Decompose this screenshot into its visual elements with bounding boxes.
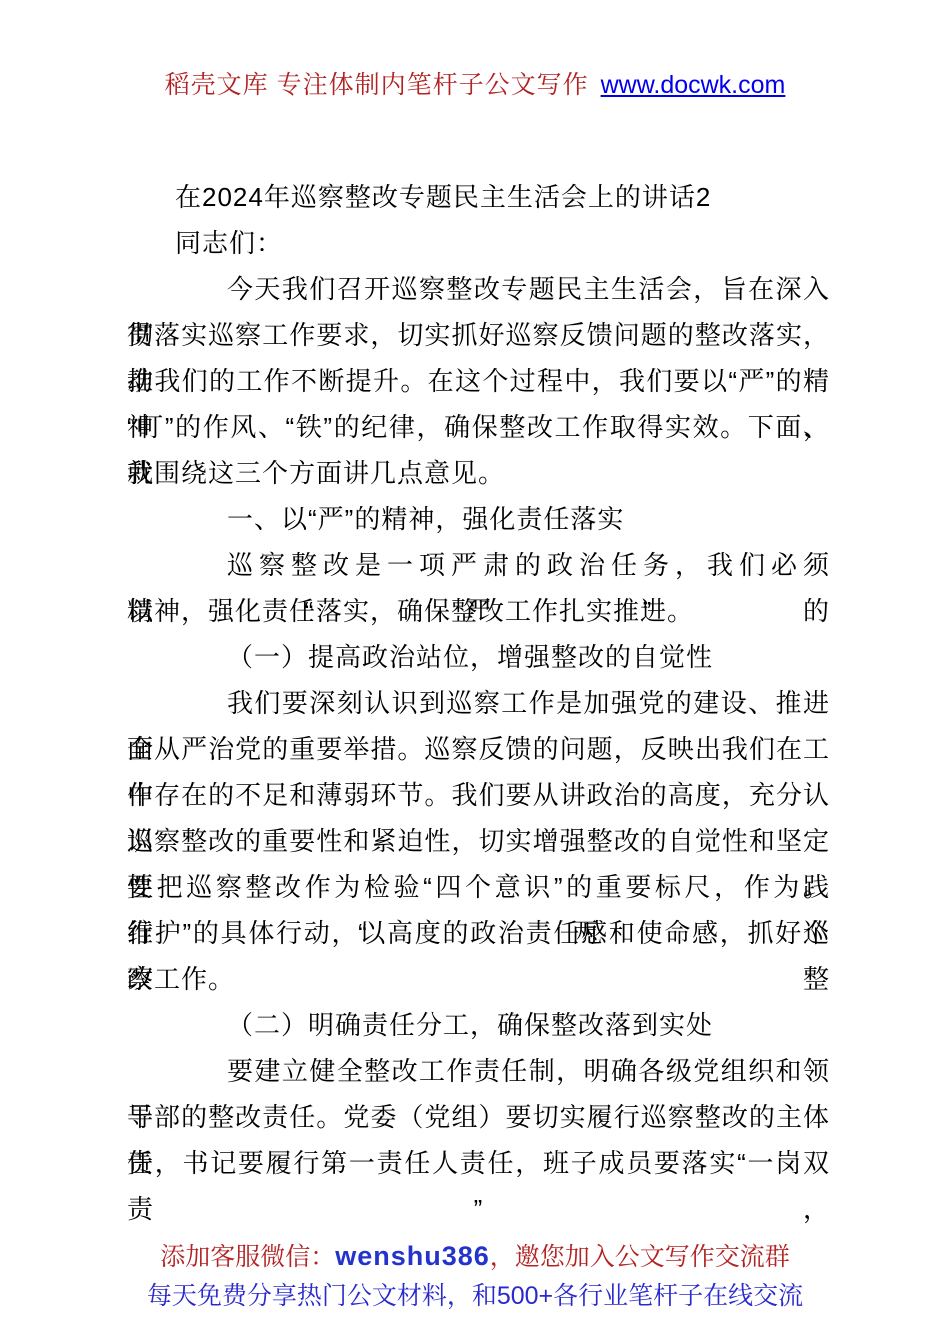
text-line: 任，书记要履行第一责任人责任，班子成员要落实“一岗双责”， [127, 1140, 830, 1186]
text-line: 面从严治党的重要举措。巡察反馈的问题，反映出我们在工作 [127, 726, 830, 772]
text-line: 要把巡察整改作为检验“四个意识”的重要标尺，作为践行“两个 [127, 864, 830, 910]
site-brand-text: 稻壳文库 专注体制内笔杆子公文写作 [165, 71, 589, 99]
text-line: “盯”的作风、“铁”的纪律，确保整改工作取得实效。下面，我 [127, 404, 830, 450]
text-line: 彻落实巡察工作要求，切实抓好巡察反馈问题的整改落实，推 [127, 312, 830, 358]
text-line: 维护”的具体行动，以高度的政治责任感和使命感，抓好巡察整 [127, 910, 830, 956]
footer-line1: 添加客服微信：wenshu386，邀您加入公文写作交流群 [0, 1237, 950, 1277]
text-line: 巡察整改的重要性和紧迫性，切实增强整改的自觉性和坚定性。 [127, 818, 830, 864]
section-heading: （二）明确责任分工，确保整改落到实处 [127, 1002, 830, 1048]
footer-wechat-prefix: 添加客服微信： [160, 1243, 335, 1271]
text-line: 我们要深刻认识到巡察工作是加强党的建设、推进全 [127, 680, 830, 726]
section-heading: 一、以“严”的精神，强化责任落实 [127, 496, 830, 542]
wechat-id: wenshu386 [335, 1241, 490, 1271]
site-url-link[interactable]: www.docwk.com [601, 71, 786, 99]
text-line: 就围绕这三个方面讲几点意见。 [127, 450, 830, 496]
document-body: 在2024年巡察整改专题民主生活会上的讲话2 同志们： 今天我们召开巡察整改专题… [127, 174, 830, 1186]
site-header: 稻壳文库 专注体制内笔杆子公文写作www.docwk.com [0, 68, 950, 102]
text-line: 今天我们召开巡察整改专题民主生活会，旨在深入贯 [127, 266, 830, 312]
document-title: 在2024年巡察整改专题民主生活会上的讲话2 [127, 174, 830, 220]
text-line: 动我们的工作不断提升。在这个过程中，我们要以“严”的精神、 [127, 358, 830, 404]
text-line: 干部的整改责任。党委（党组）要切实履行巡察整改的主体责 [127, 1094, 830, 1140]
text-line: 要建立健全整改工作责任制，明确各级党组织和领导 [127, 1048, 830, 1094]
text-line: 中存在的不足和薄弱环节。我们要从讲政治的高度，充分认识 [127, 772, 830, 818]
footer-promo: 添加客服微信：wenshu386，邀您加入公文写作交流群 每天免费分享热门公文材… [0, 1237, 950, 1316]
text-line: 巡察整改是一项严肃的政治任务，我们必须以“严”的 [127, 542, 830, 588]
salutation: 同志们： [127, 220, 830, 266]
footer-wechat-suffix: ，邀您加入公文写作交流群 [490, 1243, 790, 1271]
footer-line2: 每天免费分享热门公文材料，和500+各行业笔杆子在线交流 [0, 1277, 950, 1316]
section-heading: （一）提高政治站位，增强整改的自觉性 [127, 634, 830, 680]
